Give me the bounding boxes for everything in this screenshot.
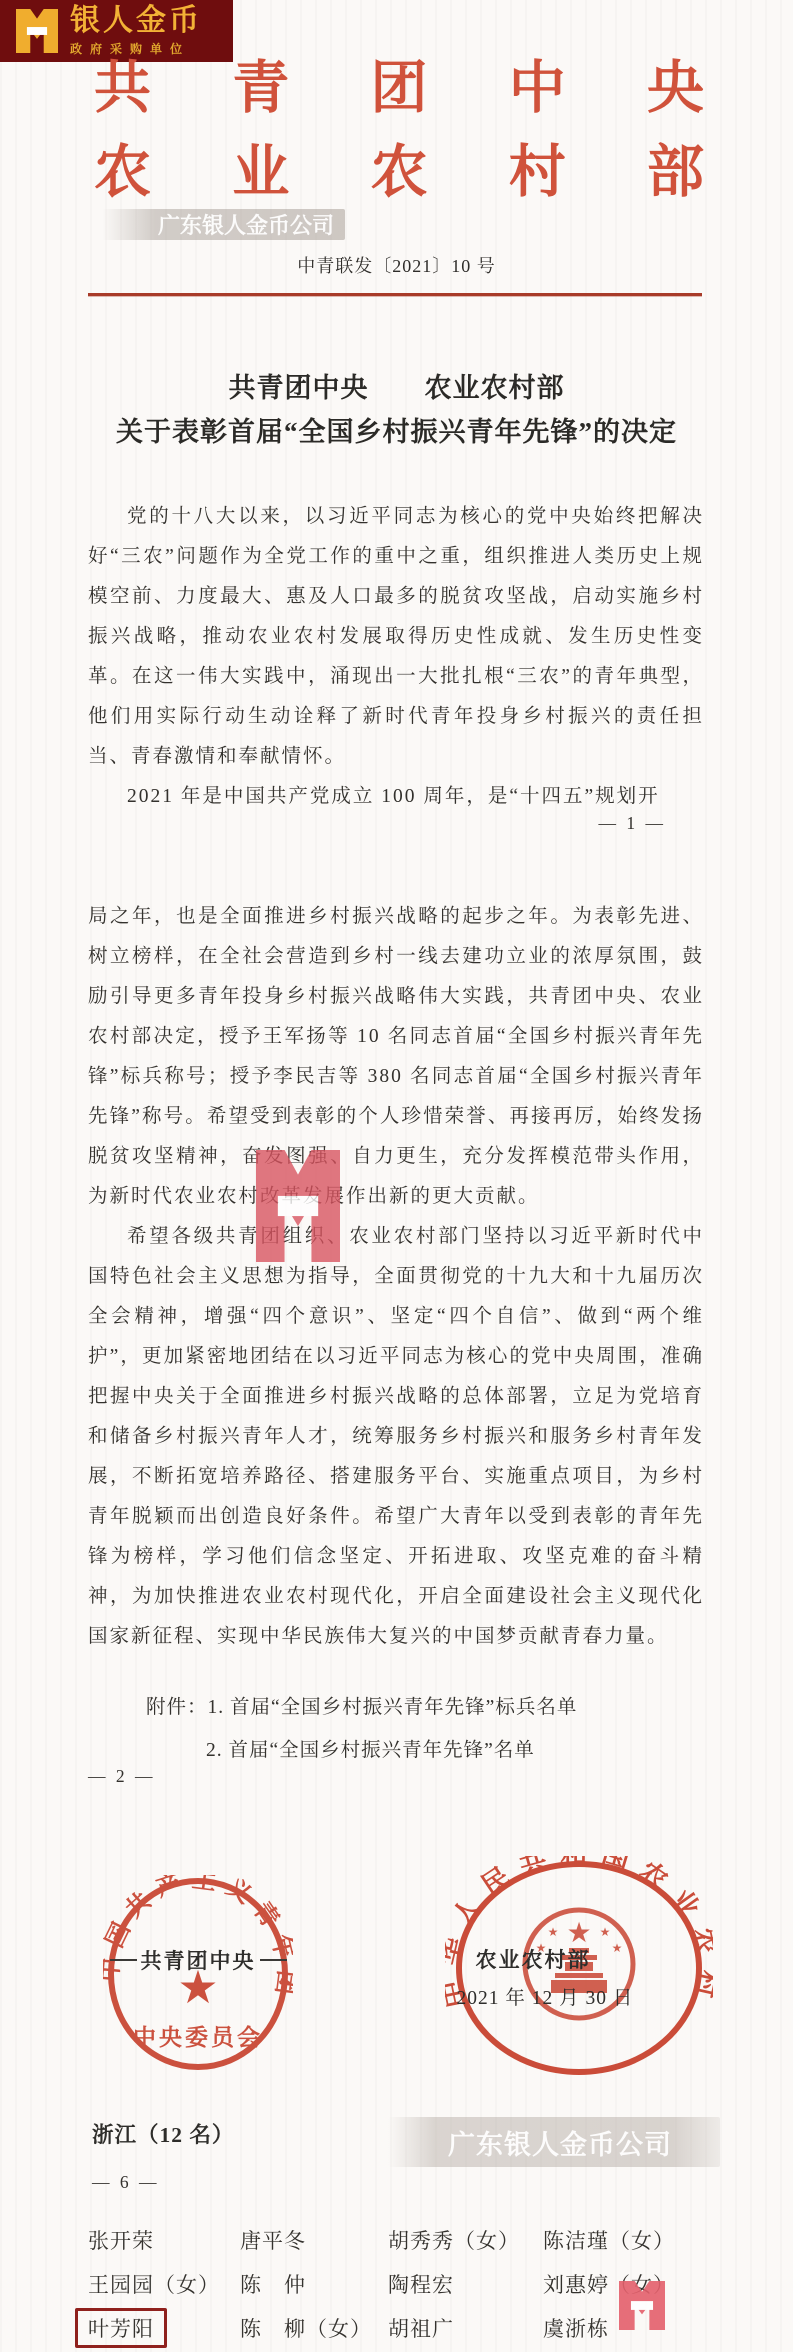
signing-org-left-text: 共青团中央 bbox=[141, 1945, 256, 1975]
roster-name: 叶芳阳 bbox=[88, 2317, 154, 2341]
body-paragraph-2-start: 2021 年是中国共产党成立 100 周年，是“十四五”规划开 bbox=[88, 777, 704, 817]
letterhead-org-line-1: 共青团中央 bbox=[94, 54, 704, 124]
company-watermark-bottom: 广东银人金币公司 bbox=[388, 2117, 720, 2167]
doc-title-line-1: 共青团中央 农业农村部 bbox=[0, 368, 793, 408]
attachment-line-2: 2. 首届“全国乡村振兴青年先锋”名单 bbox=[146, 1729, 686, 1772]
signing-date: 2021 年 12 月 30 日 bbox=[445, 1982, 645, 2010]
company-watermark-text: 广东银人金币公司 bbox=[158, 209, 334, 240]
body-paragraph-2-continued: 局之年，也是全面推进乡村振兴战略的起步之年。为表彰先进、树立榜样，在全社会营造到… bbox=[88, 897, 704, 1217]
signing-org-right-text: 农业农村部 bbox=[476, 1944, 591, 1974]
attachment-item-2: 2. 首届“全国乡村振兴青年先锋”名单 bbox=[206, 1740, 535, 1761]
letterhead-org-line-2: 农业农村部 bbox=[94, 138, 704, 208]
highlight-box: 叶芳阳 bbox=[75, 2308, 167, 2348]
signature-rule-right bbox=[260, 1959, 287, 1961]
attachment-item-1: 1. 首届“全国乡村振兴青年先锋”标兵名单 bbox=[208, 1697, 578, 1718]
page-number-1: — 1 — bbox=[88, 813, 666, 834]
red-divider-rule bbox=[88, 293, 702, 296]
body-paragraph-1: 党的十八大以来，以习近平同志为核心的党中央始终把解决好“三农”问题作为全党工作的… bbox=[88, 497, 704, 777]
roster-name: 陈 柳（女） bbox=[240, 2313, 388, 2343]
yinren-m-icon bbox=[16, 9, 58, 53]
signing-org-left: 共青团中央 bbox=[103, 1945, 293, 1975]
company-watermark-text: 广东银人金币公司 bbox=[448, 2123, 672, 2162]
company-watermark-top: 广东银人金币公司 bbox=[102, 209, 345, 240]
roster-name: 陈洁瑾（女） bbox=[543, 2225, 708, 2255]
logo-name: 银人金币 bbox=[70, 3, 230, 39]
yinren-m-watermark-middle bbox=[256, 1150, 340, 1262]
cyl-seal-inner-text: 中央委员会 bbox=[133, 2024, 263, 2050]
cyl-central-committee-seal: 中国共产主义青年团 ★ 中央委员会 共青团中央 bbox=[103, 1875, 293, 2071]
yinren-m-icon bbox=[619, 2281, 665, 2330]
attachments-block: 附件：1. 首届“全国乡村振兴青年先锋”标兵名单 2. 首届“全国乡村振兴青年先… bbox=[146, 1686, 686, 1772]
roster-name: 胡秀秀（女） bbox=[388, 2225, 543, 2255]
roster-name: 张开荣 bbox=[88, 2225, 240, 2255]
signing-date-text: 2021 年 12 月 30 日 bbox=[457, 1982, 634, 2010]
doc-title-line-2: 关于表彰首届“全国乡村振兴青年先锋”的决定 bbox=[0, 412, 793, 452]
attachments-label: 附件： bbox=[146, 1697, 208, 1718]
svg-text:★: ★ bbox=[600, 1925, 611, 1939]
signing-org-right: 农业农村部 bbox=[445, 1944, 621, 1974]
attachment-line-1: 附件：1. 首届“全国乡村振兴青年先锋”标兵名单 bbox=[146, 1686, 686, 1729]
document-page: 银人金币 政府采购单位 共青团中央 农业农村部 广东银人金币公司 中青联发〔20… bbox=[0, 0, 793, 2352]
yinren-logo-bar: 银人金币 政府采购单位 bbox=[0, 0, 233, 62]
name-roster-grid: 张开荣 唐平冬 胡秀秀（女） 陈洁瑾（女） 王园园（女） 陈 仲 陶程宏 刘惠婷… bbox=[88, 2218, 708, 2350]
roster-name: 陈 仲 bbox=[240, 2269, 388, 2299]
roster-name: 唐平冬 bbox=[240, 2225, 388, 2255]
yinren-m-icon bbox=[256, 1150, 340, 1262]
document-number: 中青联发〔2021〕10 号 bbox=[0, 252, 793, 278]
roster-name: 陶程宏 bbox=[388, 2269, 543, 2299]
signature-rule-left bbox=[110, 1959, 137, 1961]
roster-name: 胡祖广 bbox=[388, 2313, 543, 2343]
page-number-6: — 6 — bbox=[92, 2172, 160, 2193]
roster-name-highlighted: 叶芳阳 bbox=[88, 2308, 240, 2348]
svg-text:★: ★ bbox=[548, 1925, 559, 1939]
roster-name: 王园园（女） bbox=[88, 2269, 240, 2299]
logo-text: 银人金币 政府采购单位 bbox=[70, 3, 230, 57]
body-paragraph-3: 希望各级共青团组织、农业农村部门坚持以习近平新时代中国特色社会主义思想为指导，全… bbox=[88, 1217, 704, 1657]
yinren-m-watermark-bottom bbox=[619, 2281, 665, 2330]
page-number-2: — 2 — bbox=[88, 1766, 156, 1787]
region-heading: 浙江（12 名） bbox=[92, 2118, 234, 2149]
agriculture-ministry-seal: 中华人民共和国农业农村部 ★ ★ ★ ★ ★ 农业农村部 2021 年 12 月… bbox=[445, 1856, 713, 2086]
